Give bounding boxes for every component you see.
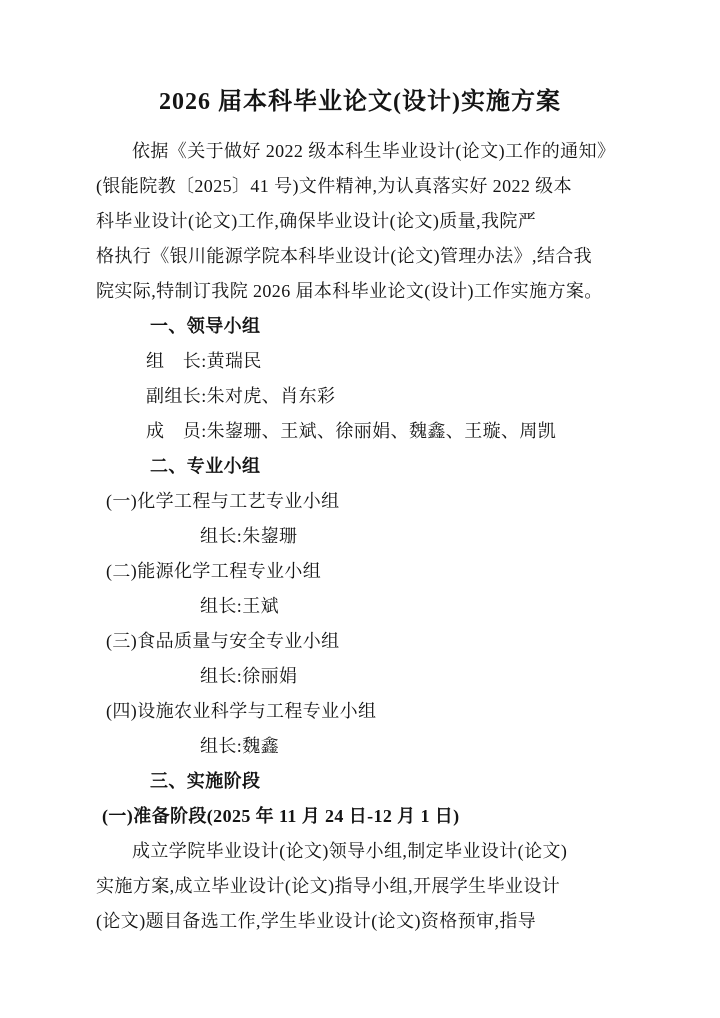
doc-line: (四)设施农业科学与工程专业小组 [96, 694, 624, 729]
doc-line: (论文)题目备选工作,学生毕业设计(论文)资格预审,指导 [96, 904, 624, 939]
doc-line: 二、专业小组 [96, 449, 624, 484]
doc-line: 组长:朱鋆珊 [96, 519, 624, 554]
doc-line: 成立学院毕业设计(论文)领导小组,制定毕业设计(论文) [96, 834, 624, 869]
doc-line: 组长:徐丽娟 [96, 659, 624, 694]
doc-line: 成 员:朱鋆珊、王斌、徐丽娟、魏鑫、王璇、周凯 [96, 414, 624, 449]
doc-line: 依据《关于做好 2022 级本科生毕业设计(论文)工作的通知》 [96, 134, 624, 169]
doc-line: 一、领导小组 [96, 309, 624, 344]
doc-line: 科毕业设计(论文)工作,确保毕业设计(论文)质量,我院严 [96, 204, 624, 239]
doc-line: (银能院教〔2025〕41 号)文件精神,为认真落实好 2022 级本 [96, 169, 624, 204]
doc-line: 三、实施阶段 [96, 764, 624, 799]
document-title: 2026 届本科毕业论文(设计)实施方案 [96, 86, 624, 118]
document-page: 2026 届本科毕业论文(设计)实施方案 依据《关于做好 2022 级本科生毕业… [0, 0, 720, 1018]
doc-line: 格执行《银川能源学院本科毕业设计(论文)管理办法》,结合我 [96, 239, 624, 274]
doc-line: 组 长:黄瑞民 [96, 344, 624, 379]
doc-line: (三)食品质量与安全专业小组 [96, 624, 624, 659]
doc-line: 副组长:朱对虎、肖东彩 [96, 379, 624, 414]
doc-line: 组长:魏鑫 [96, 729, 624, 764]
doc-line: 组长:王斌 [96, 589, 624, 624]
doc-line: (一)准备阶段(2025 年 11 月 24 日-12 月 1 日) [96, 799, 624, 834]
doc-line: (一)化学工程与工艺专业小组 [96, 484, 624, 519]
doc-line: 院实际,特制订我院 2026 届本科毕业论文(设计)工作实施方案。 [96, 274, 624, 309]
document-body: 依据《关于做好 2022 级本科生毕业设计(论文)工作的通知》(银能院教〔202… [96, 134, 624, 939]
doc-line: (二)能源化学工程专业小组 [96, 554, 624, 589]
doc-line: 实施方案,成立毕业设计(论文)指导小组,开展学生毕业设计 [96, 869, 624, 904]
